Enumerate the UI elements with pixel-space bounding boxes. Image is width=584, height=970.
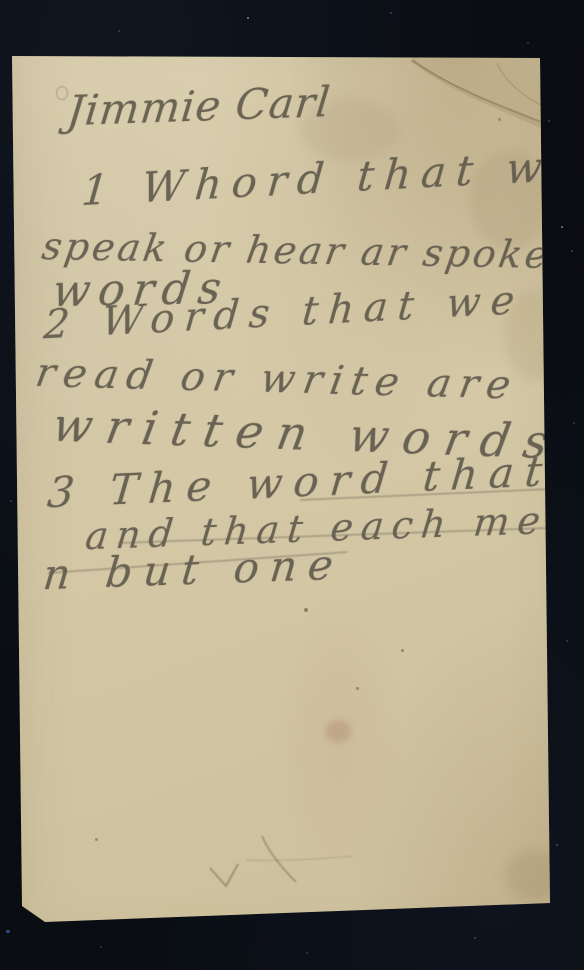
dust-speck — [556, 844, 558, 846]
dust-speck — [10, 500, 12, 502]
dust-speck — [566, 640, 568, 642]
dust-speck — [118, 30, 120, 32]
photo-background: Jimmie Carl 1 Whord that we speak or hea… — [0, 0, 584, 970]
dust-speck — [561, 226, 563, 228]
note-paper: Jimmie Carl 1 Whord that we speak or hea… — [0, 0, 584, 970]
dust-speck — [6, 930, 10, 933]
dust-speck — [306, 952, 308, 954]
dust-speck — [571, 250, 573, 252]
dust-speck — [527, 42, 529, 44]
dust-speck — [390, 12, 392, 14]
dust-speck — [100, 946, 102, 948]
dust-speck — [474, 937, 476, 939]
dust-speck — [548, 120, 550, 122]
dust-speck — [573, 422, 575, 424]
pencil-scribble — [0, 0, 584, 970]
dust-speck — [247, 17, 249, 19]
